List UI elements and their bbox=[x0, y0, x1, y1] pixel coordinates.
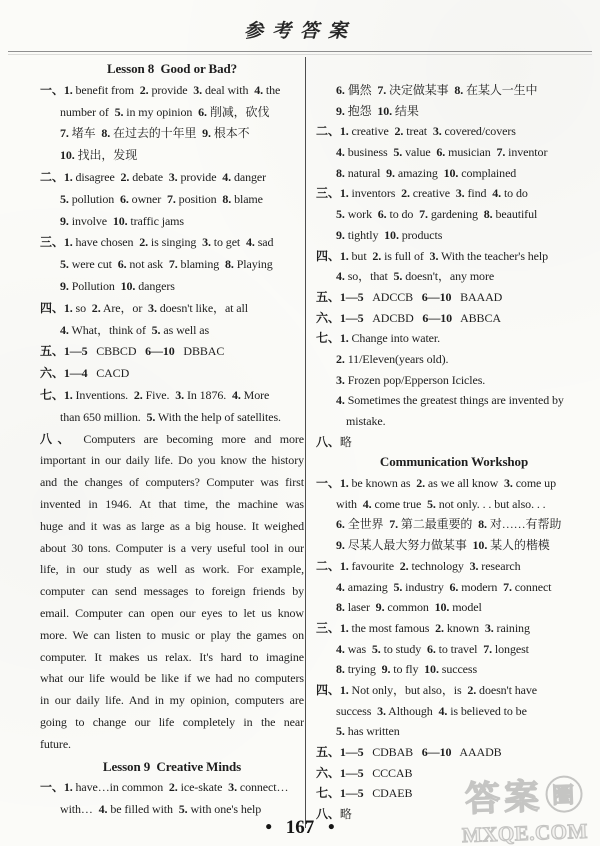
answer-line: 9. 抱怨 10. 结果 bbox=[316, 101, 592, 122]
answer-line: 4. so，that 5. doesn't，any more bbox=[316, 266, 592, 287]
answer-line: 一、1. be known as 2. as we all know 3. co… bbox=[316, 473, 592, 494]
answer-line: 4. was 5. to study 6. to travel 7. longe… bbox=[316, 639, 592, 660]
answer-line: 八、略 bbox=[316, 432, 592, 453]
answer-line: 一、1. benefit from 2. provide 3. deal wit… bbox=[40, 80, 304, 102]
answer-line: with 4. come true 5. not only. . . but a… bbox=[316, 494, 592, 515]
answer-line: email. Computer can open our eyes to let… bbox=[40, 603, 304, 625]
answer-line: 9. 尽某人最大努力做某事 10. 某人的楷模 bbox=[316, 535, 592, 556]
answer-line: 三、1. the most famous 2. known 3. raining bbox=[316, 618, 592, 639]
answer-line: 二、1. favourite 2. technology 3. research bbox=[316, 556, 592, 577]
answer-line: and the changes of computers? Computer w… bbox=[40, 472, 304, 494]
answer-line: 5. has written bbox=[316, 721, 592, 742]
answer-line: what our life would be like if we had no… bbox=[40, 668, 304, 690]
answer-line: 5. work 6. to do 7. gardening 8. beautif… bbox=[316, 204, 592, 225]
answer-line: 八、 Computers are becoming more and more bbox=[40, 429, 304, 451]
answer-line: 六、1—4 CACD bbox=[40, 363, 304, 385]
answer-line: more. We can listen to music or play the… bbox=[40, 625, 304, 647]
answer-line: important in our daily life. Do you know… bbox=[40, 450, 304, 472]
left-column: Lesson 8 Good or Bad?一、1. benefit from 2… bbox=[40, 58, 304, 821]
answer-line: 二、1. disagree 2. debate 3. provide 4. da… bbox=[40, 167, 304, 189]
answer-line: huge and it was as large as a big house.… bbox=[40, 516, 304, 538]
page-title: 参考答案 bbox=[0, 16, 600, 43]
header-divider-line bbox=[8, 51, 592, 54]
answer-line: 9. tightly 10. products bbox=[316, 225, 592, 246]
page-number: • 167 • bbox=[0, 817, 600, 839]
answer-line: life, in our study as well as work. For … bbox=[40, 559, 304, 581]
answer-line: going to change our life completely in t… bbox=[40, 712, 304, 734]
answer-line: 4. Sometimes the greatest things are inv… bbox=[316, 390, 592, 411]
answer-line: computer. It makes us relax. It's hard t… bbox=[40, 647, 304, 669]
answer-line: 5. pollution 6. owner 7. position 8. bla… bbox=[40, 189, 304, 211]
answer-line: 三、1. have chosen 2. is singing 3. to get… bbox=[40, 232, 304, 254]
answer-line: 六、1—5 CCCAB bbox=[316, 763, 592, 784]
answer-line: 5. were cut 6. not ask 7. blaming 8. Pla… bbox=[40, 254, 304, 276]
answer-line: about 30 tons. Computer is a very useful… bbox=[40, 538, 304, 560]
answer-line: 4. What，think of 5. as well as bbox=[40, 320, 304, 342]
answer-line: 七、1. Change into water. bbox=[316, 328, 592, 349]
answer-line: 七、1. Inventions. 2. Five. 3. In 1876. 4.… bbox=[40, 385, 304, 407]
section-heading: Lesson 8 Good or Bad? bbox=[40, 58, 304, 80]
answer-line: in our daily life. And in my opinion, co… bbox=[40, 690, 304, 712]
column-divider-line bbox=[305, 57, 306, 828]
answer-line: 七、1—5 CDAEB bbox=[316, 783, 592, 804]
answer-line: future. bbox=[40, 734, 304, 756]
answer-line: 8. natural 9. amazing 10. complained bbox=[316, 163, 592, 184]
answer-line: 6. 偶然 7. 决定做某事 8. 在某人一生中 bbox=[316, 80, 592, 101]
answer-line: 四、1. but 2. is full of 3. With the teach… bbox=[316, 246, 592, 267]
answer-line: 9. involve 10. traffic jams bbox=[40, 211, 304, 233]
answer-line: 三、1. inventors 2. creative 3. find 4. to… bbox=[316, 183, 592, 204]
section-heading: Communication Workshop bbox=[316, 452, 592, 473]
answer-line: 一、1. have…in common 2. ice-skate 3. conn… bbox=[40, 777, 304, 799]
answer-line: than 650 million. 5. With the help of sa… bbox=[40, 407, 304, 429]
answer-line: invented in 1946. At that time, the mach… bbox=[40, 494, 304, 516]
answer-line: 四、1. Not only，but also，is 2. doesn't hav… bbox=[316, 680, 592, 701]
answer-line: success 3. Although 4. is believed to be bbox=[316, 701, 592, 722]
answer-line: 二、1. creative 2. treat 3. covered/covers bbox=[316, 121, 592, 142]
answer-line: 8. laser 9. common 10. model bbox=[316, 597, 592, 618]
answer-line: computer can send messages to foreign fr… bbox=[40, 581, 304, 603]
answer-key-page: 参考答案 Lesson 8 Good or Bad?一、1. benefit f… bbox=[0, 0, 600, 846]
answer-line: 四、1. so 2. Are，or 3. doesn't like，at all bbox=[40, 298, 304, 320]
right-column: 6. 偶然 7. 决定做某事 8. 在某人一生中9. 抱怨 10. 结果二、1.… bbox=[316, 58, 592, 825]
answer-line: 6. 全世界 7. 第二最重要的 8. 对……有帮助 bbox=[316, 514, 592, 535]
answer-line: 8. trying 9. to fly 10. success bbox=[316, 659, 592, 680]
answer-line: 9. Pollution 10. dangers bbox=[40, 276, 304, 298]
answer-line: 7. 堵车 8. 在过去的十年里 9. 根本不 bbox=[40, 123, 304, 145]
answer-line: 五、1—5 CDBAB 6—10 AAADB bbox=[316, 742, 592, 763]
answer-line: 五、1—5 ADCCB 6—10 BAAAD bbox=[316, 287, 592, 308]
answer-line: 4. business 5. value 6. musician 7. inve… bbox=[316, 142, 592, 163]
answer-line: 10. 找出，发现 bbox=[40, 145, 304, 167]
answer-line: number of 5. in my opinion 6. 削减，砍伐 bbox=[40, 102, 304, 124]
answer-line: 2. 11/Eleven(years old). bbox=[316, 349, 592, 370]
answer-line: 3. Frozen pop/Epperson Icicles. bbox=[316, 370, 592, 391]
answer-line: 六、1—5 ADCBD 6—10 ABBCA bbox=[316, 308, 592, 329]
section-heading: Lesson 9 Creative Minds bbox=[40, 756, 304, 778]
answer-line: 4. amazing 5. industry 6. modern 7. conn… bbox=[316, 577, 592, 598]
answer-line: 五、1—5 CBBCD 6—10 DBBAC bbox=[40, 341, 304, 363]
answer-line: mistake. bbox=[316, 411, 592, 432]
